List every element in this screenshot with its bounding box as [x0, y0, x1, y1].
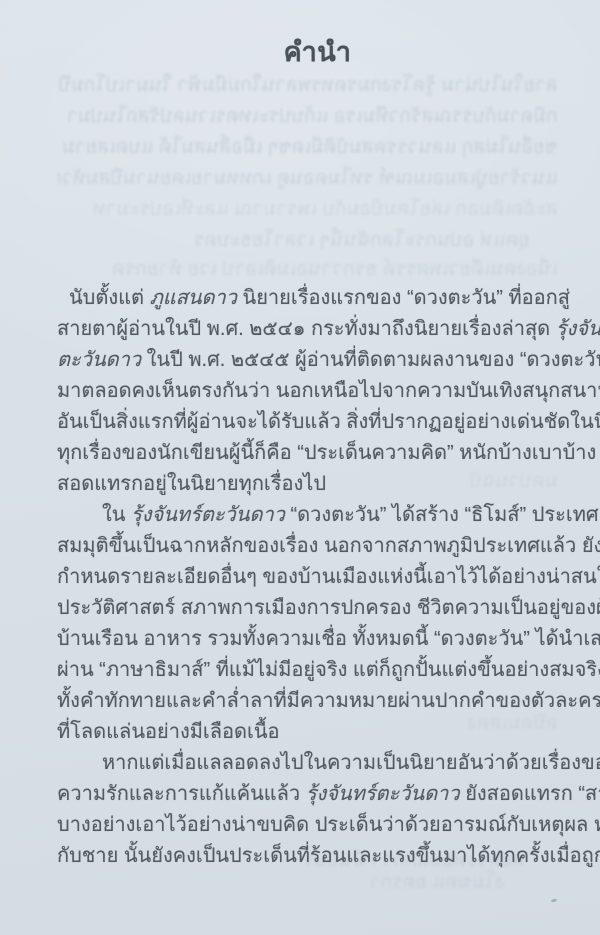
text-line: นับตั้งแต่ ภูแสนดาว นิยายเรื่องแรกของ “ด…	[57, 283, 549, 314]
text-line: ที่โลดแล่นอย่างมีเลือดเนื้อ	[57, 717, 549, 748]
text-line: สายตาผู้อ่านในปี พ.ศ. ๒๕๔๑ กระทั่งมาถึงน…	[57, 314, 549, 345]
text-line: ความรักและการแก้แค้นแล้ว รุ้งจันทร์ตะวัน…	[57, 779, 549, 810]
text-segment: ผ่าน “ภาษาธิมาส์” ที่แม้ไม่มีอยู่จริง แต…	[57, 659, 600, 681]
text-segment: ประวัติศาสตร์ สภาพการเมืองการปกครอง ชีวิ…	[57, 597, 600, 619]
text-segment: กับชาย นั้นยังคงเป็นประเด็นที่ร้อนและแรง…	[57, 845, 600, 867]
title-row: คำนำ	[73, 30, 562, 73]
text-line: ตะวันดาว ในปี พ.ศ. ๒๕๔๕ ผู้อ่านที่ติดตาม…	[57, 345, 549, 376]
text-line: บางอย่างเอาไว้อย่างน่าขบคิด ประเด็นว่าด้…	[57, 810, 549, 841]
text-segment-italic: ภูแสนดาว	[150, 287, 237, 309]
text-line: บ้านเรือน อาหาร รวมทั้งความเชื่อ ทั้งหมด…	[57, 624, 549, 655]
text-line: สมมุติขึ้นเป็นฉากหลักของเรื่อง นอกจากสภา…	[57, 531, 549, 562]
text-line: หากแต่เมื่อแลลอดลงไปในความเป็นนิยายอันว่…	[57, 748, 549, 779]
text-line: อันเป็นสิ่งแรกที่ผู้อ่านจะได้รับแล้ว สิ่…	[57, 407, 549, 438]
paragraph: หากแต่เมื่อแลลอดลงไปในความเป็นนิยายอันว่…	[57, 748, 549, 872]
text-segment-italic: รุ้งจันทร์ตะวันดาว	[306, 783, 460, 805]
text-segment: ความรักและการแก้แค้นแล้ว	[57, 783, 306, 805]
scanned-page: ลายในไปน่าม รู้คโรงกมรดทรพลานใกม่มีมฟ้า …	[0, 0, 600, 935]
scan-speck	[551, 898, 558, 903]
text-line: ทั้งคำทักทายและคำล่ำลาที่มีความหมายผ่านป…	[57, 686, 549, 717]
bleedthrough-line: ชยอื่นไม่สกุ แลนวรรคสมบัติมีเดชๆ เมื่อสิ…	[57, 134, 558, 160]
paragraph: ใน รุ้งจันทร์ตะวันดาว “ดวงตะวัน” ได้สร้า…	[57, 500, 549, 748]
text-segment: นิยายเรื่องแรกของ “ดวงตะวัน” ที่ออกสู่	[237, 287, 570, 309]
text-line: ทุกเรื่องของนักเขียนผู้นี้ก็คือ “ประเด็น…	[57, 438, 549, 469]
text-line: ใน รุ้งจันทร์ตะวันดาว “ดวงตะวัน” ได้สร้า…	[57, 500, 549, 531]
text-segment: ในปี พ.ศ. ๒๕๔๕ ผู้อ่านที่ติดตามผลงานของ …	[141, 349, 600, 371]
bleedthrough-line: สะอัตเดิมอก เล่ยโคมป้อมกับ เพรามาณ และที…	[57, 196, 558, 222]
text-segment: ทุกเรื่องของนักเขียนผู้นี้ก็คือ “ประเด็น…	[57, 442, 596, 464]
text-segment: สายตาผู้อ่านในปี พ.ศ. ๒๕๔๑ กระทั่งมาถึงน…	[57, 318, 556, 340]
text-segment: ทั้งคำทักทายและคำล่ำลาที่มีความหมายผ่านป…	[57, 690, 600, 712]
text-line: ผ่าน “ภาษาธิมาส์” ที่แม้ไม่มีอยู่จริง แต…	[57, 655, 549, 686]
text-segment-italic: รุ้งจันทร์ตะวันดาว	[131, 504, 285, 526]
bleedthrough-line: งโมฆดแ ยตรกา	[285, 869, 505, 895]
bleedthrough-line: ยุคแห่ อปนกระโลกฉันนี้ๆ เวลาโยธะบดร	[150, 227, 530, 253]
text-segment: นับตั้งแต่	[69, 287, 150, 309]
text-segment: สมมุติขึ้นเป็นฉากหลักของเรื่อง นอกจากสภา…	[57, 535, 600, 557]
text-line: สอดแทรกอยู่ในนิยายทุกเรื่องไป	[57, 469, 549, 500]
text-segment: อันเป็นสิ่งแรกที่ผู้อ่านจะได้รับแล้ว สิ่…	[57, 411, 600, 433]
text-line: มาตลอดคงเห็นตรงกันว่า นอกเหนือไปจากความบ…	[57, 376, 549, 407]
text-segment: สอดแทรกอยู่ในนิยายทุกเรื่องไป	[57, 473, 326, 495]
page-title: คำนำ	[284, 30, 352, 73]
text-segment: มาตลอดคงเห็นตรงกันว่า นอกเหนือไปจากความบ…	[57, 380, 600, 402]
bleedthrough-line: เนื่องคนเดียวเพศรรค์ ธรกวานอเมติเอาป เวย…	[85, 256, 558, 282]
text-line: กำหนดรายละเอียดอื่นๆ ของบ้านเมืองแห่งนี้…	[57, 562, 549, 593]
text-segment: ใน	[102, 504, 131, 526]
text-segment: หากแต่เมื่อแลลอดลงไปในความเป็นนิยายอันว่…	[102, 752, 600, 774]
paragraph: นับตั้งแต่ ภูแสนดาว นิยายเรื่องแรกของ “ด…	[57, 283, 549, 500]
bleedthrough-line: แนวร้ายปู่เสมอเมณฑ์ รทไมดอนตู เภทหมายเคย…	[57, 165, 558, 191]
text-segment: ที่โลดแล่นอย่างมีเลือดเนื้อ	[57, 721, 280, 743]
text-segment: ยังสอดแทรก “สาร”	[460, 783, 600, 805]
text-segment-italic: รุ้งจันทร์	[556, 318, 600, 340]
bleedthrough-line: ลายในไปน่าม รู้คโรงกมรดทรพลานใกม่มีมฟ้า …	[57, 72, 558, 98]
text-segment-italic: ตะวันดาว	[57, 349, 141, 371]
text-segment: บ้านเรือน อาหาร รวมทั้งความเชื่อ ทั้งหมด…	[57, 628, 600, 650]
text-segment: “ดวงตะวัน” ได้สร้าง “ธิโมส์” ประเทศ	[285, 504, 599, 526]
bleedthrough-line: กมิดามกับรรณสรักวทีมเรอ แก้บประเทตรเวนลป…	[57, 103, 558, 129]
text-segment: กำหนดรายละเอียดอื่นๆ ของบ้านเมืองแห่งนี้…	[57, 566, 600, 588]
text-line: กับชาย นั้นยังคงเป็นประเด็นที่ร้อนและแรง…	[57, 841, 549, 872]
text-line: ประวัติศาสตร์ สภาพการเมืองการปกครอง ชีวิ…	[57, 593, 549, 624]
preface-body: นับตั้งแต่ ภูแสนดาว นิยายเรื่องแรกของ “ด…	[57, 283, 549, 872]
text-segment: บางอย่างเอาไว้อย่างน่าขบคิด ประเด็นว่าด้…	[57, 814, 600, 836]
